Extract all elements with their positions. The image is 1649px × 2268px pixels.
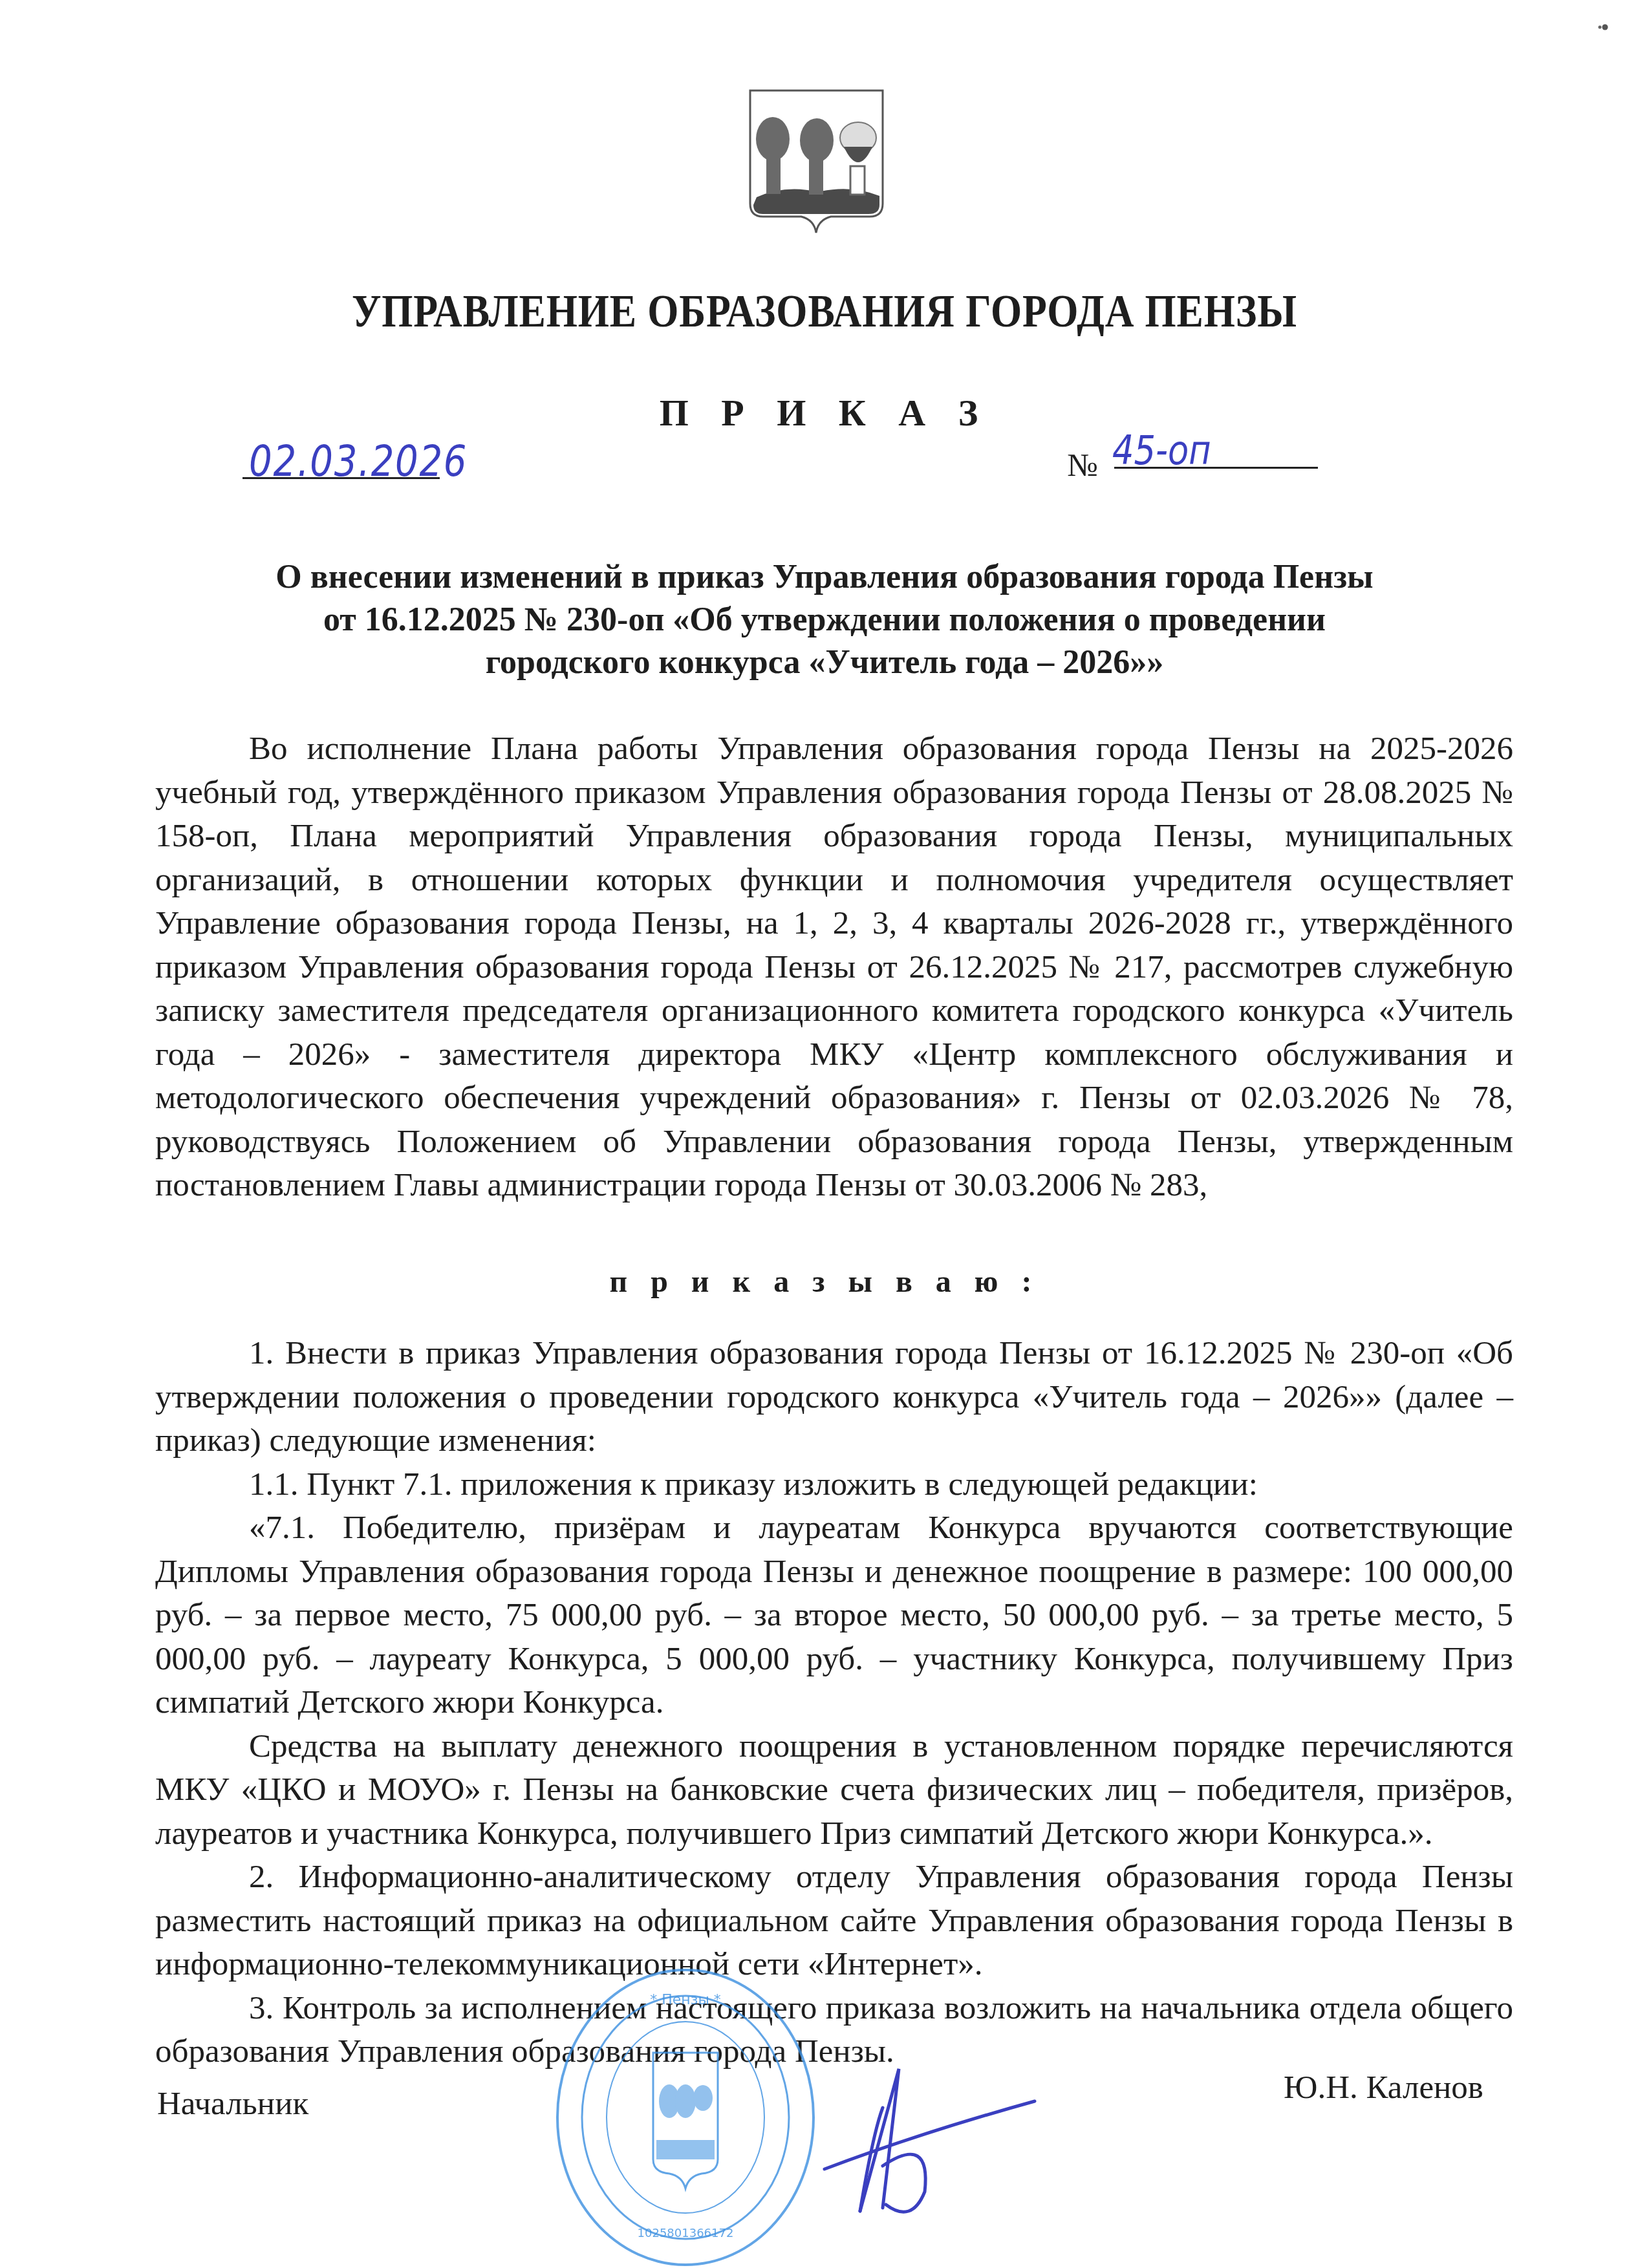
document-type-heading: П Р И К А З	[0, 391, 1649, 434]
signatory-name: Ю.Н. Каленов	[1284, 2069, 1483, 2106]
document-page: УПРАВЛЕНИЕ ОБРАЗОВАНИЯ ГОРОДА ПЕНЗЫ П Р …	[0, 0, 1649, 2268]
organization-title: УПРАВЛЕНИЕ ОБРАЗОВАНИЯ ГОРОДА ПЕНЗЫ	[116, 284, 1534, 338]
handwritten-signature-icon	[821, 2062, 1067, 2231]
order-items: 1. Внести в приказ Управления образовани…	[155, 1332, 1513, 2074]
subject-line-3: городского конкурса «Учитель года – 2026…	[194, 641, 1455, 684]
item-1-1-text-2: Средства на выплату денежного поощрения …	[155, 1725, 1513, 1856]
item-2: 2. Информационно-аналитическому отделу У…	[155, 1856, 1513, 1987]
item-1: 1. Внести в приказ Управления образовани…	[155, 1332, 1513, 1463]
svg-text:1025801366172: 1025801366172	[638, 2227, 734, 2240]
number-underline	[1114, 467, 1318, 469]
signatory-position: Начальник	[157, 2085, 308, 2123]
order-word: п р и к а з ы в а ю :	[0, 1264, 1649, 1300]
subject-line-2: от 16.12.2025 № 230-оп «Об утверждении п…	[194, 599, 1455, 641]
preamble-paragraph: Во исполнение Плана работы Управления об…	[155, 727, 1513, 1208]
item-1-1-text: «7.1. Победителю, призёрам и лауреатам К…	[155, 1506, 1513, 1725]
preamble: Во исполнение Плана работы Управления об…	[155, 727, 1513, 1208]
item-3: 3. Контроль за исполнением настоящего пр…	[155, 1987, 1513, 2074]
number-sign: №	[1067, 446, 1098, 484]
coat-of-arms-icon	[747, 87, 886, 239]
document-subject: О внесении изменений в приказ Управления…	[194, 556, 1455, 684]
subject-line-1: О внесении изменений в приказ Управления…	[194, 556, 1455, 599]
scan-artifact-dot	[1597, 23, 1609, 30]
official-stamp-icon: * Пензы * 1025801366172	[553, 1965, 818, 2268]
svg-text:* Пензы *: * Пензы *	[650, 1992, 721, 2008]
date-underline	[242, 477, 440, 479]
item-1-1: 1.1. Пункт 7.1. приложения к приказу изл…	[155, 1463, 1513, 1507]
